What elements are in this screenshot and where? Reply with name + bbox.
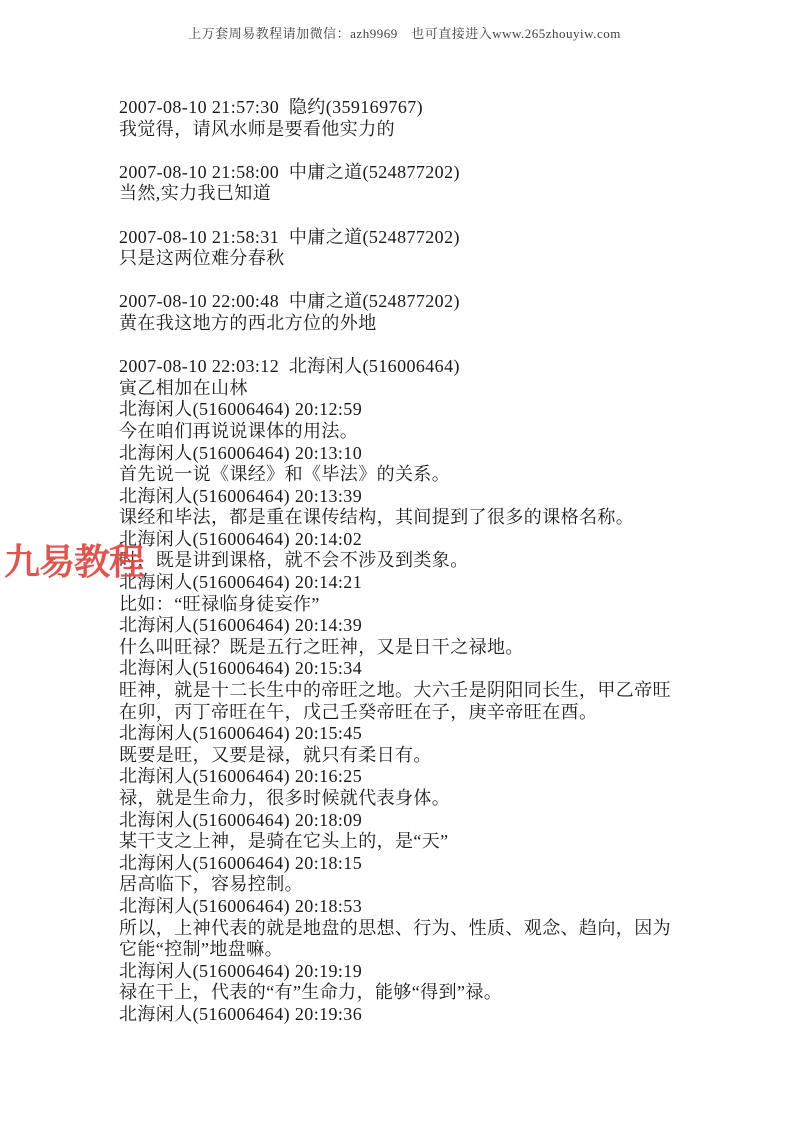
chat-line: 课经和毕法，都是重在课传结构，其间提到了很多的课格名称。 — [119, 507, 699, 529]
chat-line: 什么叫旺禄？既是五行之旺神，又是日干之禄地。 — [119, 637, 699, 659]
chat-line: 它能“控制”地盘嘛。 — [119, 939, 699, 961]
chat-line: 北海闲人(516006464) 20:14:21 — [119, 572, 699, 594]
page-header: 上万套周易教程请加微信：azh9969 也可直接进入www.265zhouyiw… — [0, 7, 794, 58]
chat-line: 居高临下，容易控制。 — [119, 874, 699, 896]
chat-line: 2007-08-10 21:58:31 中庸之道(524877202) — [119, 227, 699, 249]
chat-line: 北海闲人(516006464) 20:19:19 — [119, 961, 699, 983]
chat-blank-line — [119, 335, 699, 357]
chat-blank-line — [119, 205, 699, 227]
chat-line: 北海闲人(516006464) 20:15:45 — [119, 723, 699, 745]
chat-line: 所以，上神代表的就是地盘的思想、行为、性质、观念、趋向，因为 — [119, 918, 699, 940]
chat-line: 比如：“旺禄临身徒妄作” — [119, 594, 699, 616]
chat-line: 只是这两位难分春秋 — [119, 248, 699, 270]
header-promo-text: 上万套周易教程请加微信：azh9969 也可直接进入www.265zhouyiw… — [188, 26, 621, 41]
chat-line: 我觉得，请风水师是要看他实力的 — [119, 119, 699, 141]
chat-line: 时，既是讲到课格，就不会不涉及到类象。 — [119, 550, 699, 572]
chat-line: 首先说一说《课经》和《毕法》的关系。 — [119, 464, 699, 486]
chat-line: 北海闲人(516006464) 20:19:36 — [119, 1004, 699, 1026]
chat-line: 禄在干上，代表的“有”生命力，能够“得到”禄。 — [119, 982, 699, 1004]
chat-line: 北海闲人(516006464) 20:14:39 — [119, 615, 699, 637]
chat-line: 北海闲人(516006464) 20:13:39 — [119, 486, 699, 508]
chat-line: 今在咱们再说说课体的用法。 — [119, 421, 699, 443]
chat-line: 寅乙相加在山林 — [119, 378, 699, 400]
chat-line: 北海闲人(516006464) 20:18:53 — [119, 896, 699, 918]
chat-line: 既要是旺，又要是禄，就只有柔日有。 — [119, 745, 699, 767]
chat-line: 2007-08-10 21:57:30 隐约(359169767) — [119, 97, 699, 119]
chat-blank-line — [119, 140, 699, 162]
chat-line: 北海闲人(516006464) 20:12:59 — [119, 399, 699, 421]
chat-line: 某干支之上神，是骑在它头上的，是“天” — [119, 831, 699, 853]
chat-line: 北海闲人(516006464) 20:18:09 — [119, 810, 699, 832]
chat-log: 2007-08-10 21:57:30 隐约(359169767)我觉得，请风水… — [119, 97, 699, 1026]
chat-line: 当然,实力我已知道 — [119, 183, 699, 205]
chat-line: 黄在我这地方的西北方位的外地 — [119, 313, 699, 335]
chat-line: 北海闲人(516006464) 20:18:15 — [119, 853, 699, 875]
chat-line: 北海闲人(516006464) 20:16:25 — [119, 766, 699, 788]
chat-line: 2007-08-10 22:03:12 北海闲人(516006464) — [119, 356, 699, 378]
chat-line: 禄，就是生命力，很多时候就代表身体。 — [119, 788, 699, 810]
watermark-text: 九易教程 — [4, 534, 144, 585]
chat-line: 北海闲人(516006464) 20:15:34 — [119, 658, 699, 680]
chat-line: 2007-08-10 21:58:00 中庸之道(524877202) — [119, 162, 699, 184]
chat-line: 2007-08-10 22:00:48 中庸之道(524877202) — [119, 291, 699, 313]
chat-blank-line — [119, 270, 699, 292]
chat-line: 北海闲人(516006464) 20:14:02 — [119, 529, 699, 551]
chat-line: 在卯，丙丁帝旺在午，戊己壬癸帝旺在子，庚辛帝旺在酉。 — [119, 702, 699, 724]
chat-line: 旺神，就是十二长生中的帝旺之地。大六壬是阴阳同长生，甲乙帝旺 — [119, 680, 699, 702]
chat-line: 北海闲人(516006464) 20:13:10 — [119, 443, 699, 465]
document-page: 上万套周易教程请加微信：azh9969 也可直接进入www.265zhouyiw… — [0, 0, 794, 1123]
